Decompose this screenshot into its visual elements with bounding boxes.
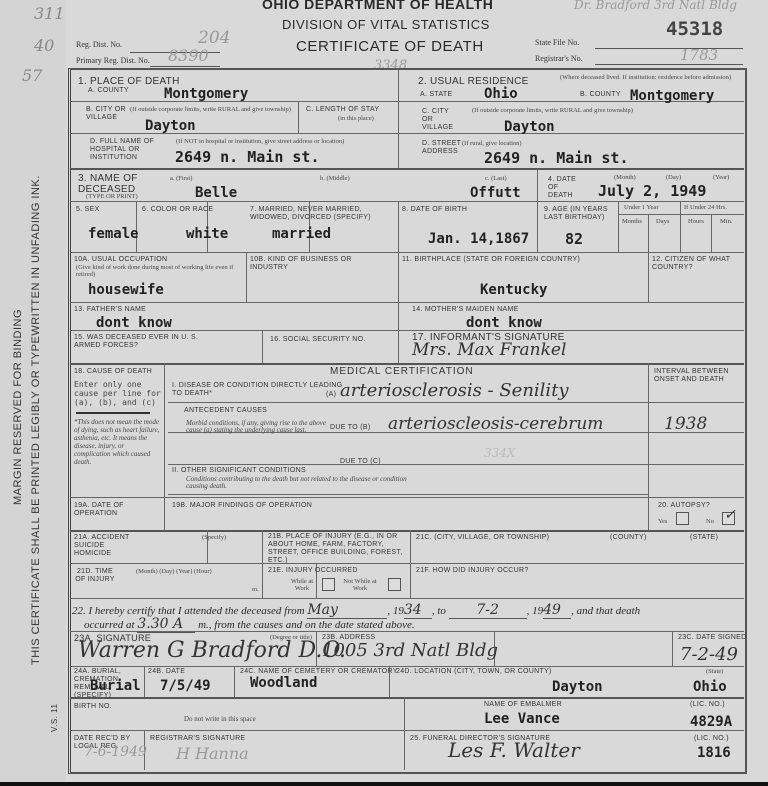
cert-text-d: , 19 — [527, 605, 544, 617]
occupation-note: (Give kind of work done during most of w… — [76, 264, 242, 278]
accident-specify: (Specify) — [202, 534, 226, 541]
month-label: (Month) — [614, 174, 636, 181]
how-injury-label: 21f. HOW DID INJURY OCCUR? — [416, 567, 529, 575]
state-file-label: State File No. — [535, 38, 579, 47]
injury-county-label: (COUNTY) — [610, 534, 647, 542]
primary-reg-label: Primary Reg. Dist. No. — [76, 56, 150, 65]
middle-name-label: b. (Middle) — [320, 175, 350, 182]
length-of-stay-label: c. LENGTH OF STAY — [306, 106, 379, 114]
do-not-write-note: Do not write in this space — [184, 716, 256, 723]
funeral-director-signature[interactable]: Les F. Walter — [448, 738, 580, 762]
race-label: 6. COLOR OR RACE — [142, 206, 213, 214]
name-of-deceased-label: 3. NAME OF DECEASED — [78, 173, 158, 195]
physician-signature[interactable]: Warren G Bradford D.O. — [78, 638, 346, 663]
check-mark-icon: ✓ — [724, 507, 736, 523]
embalmer-lic-value[interactable]: 4829A — [690, 714, 732, 730]
months-label: Months — [622, 218, 642, 225]
residence-city-label: c. CITY OR VILLAGE — [422, 108, 462, 132]
autopsy-no-label: No — [706, 518, 714, 525]
burial-date-value[interactable]: 7/5/49 — [160, 678, 211, 694]
embalmer-lic-label: (LIC. NO.) — [690, 701, 725, 709]
certificate-title: CERTIFICATE OF DEATH — [296, 38, 484, 55]
residence-county-value[interactable]: Montgomery — [630, 88, 714, 104]
length-of-stay-note: (in this place) — [338, 115, 374, 122]
cert-text-e: , and that death — [571, 605, 640, 617]
under-24-hrs-label: If Under 24 Hrs. — [684, 204, 727, 211]
primary-reg-line — [150, 66, 220, 67]
sex-value[interactable]: female — [88, 226, 139, 242]
year-label: (Year) — [713, 174, 729, 181]
embalmer-value[interactable]: Lee Vance — [484, 711, 560, 727]
interval-label: INTERVAL BETWEEN ONSET AND DEATH — [654, 368, 742, 384]
antecedent-label: ANTECEDENT CAUSES — [184, 407, 267, 415]
part1-label: I. DISEASE OR CONDITION DIRECTLY LEADING… — [172, 382, 352, 398]
occupation-value[interactable]: housewife — [88, 282, 164, 298]
age-value[interactable]: 82 — [565, 230, 583, 248]
operation-findings-label: 19b. MAJOR FINDINGS OF OPERATION — [172, 502, 312, 510]
hospital-note: (If NOT in hospital or institution, give… — [176, 138, 394, 145]
cause-instruction: Enter only one cause per line for (a), (… — [74, 380, 162, 407]
occupation-label: 10a. USUAL OCCUPATION — [74, 256, 167, 264]
min-label: Min. — [720, 218, 732, 225]
father-value[interactable]: dont know — [96, 315, 172, 331]
registrar-line — [595, 64, 743, 65]
residence-county-label: b. COUNTY — [580, 91, 621, 99]
father-label: 13. FATHER'S NAME — [74, 306, 146, 314]
burial-type-value[interactable]: Burial — [90, 678, 141, 694]
cert-text-c: , to — [432, 605, 446, 617]
injury-state-label: (STATE) — [690, 534, 718, 542]
date-signed-value[interactable]: 7-2-49 — [680, 644, 738, 665]
injury-city-label: 21c. (CITY, VILLAGE, OR TOWNSHIP) — [416, 534, 549, 542]
faint-stamp: 334X — [484, 446, 515, 460]
morbid-note: Morbid conditions, if any, giving rise t… — [186, 420, 326, 434]
cause-b-interval[interactable]: 1938 — [664, 414, 707, 434]
death-certificate: 311 40 57 MARGIN RESERVED FOR BINDING TH… — [0, 0, 768, 782]
accident-label: 21a. ACCIDENT SUICIDE HOMICIDE — [74, 534, 134, 558]
autopsy-label: 20. AUTOPSY? — [658, 502, 710, 510]
binding-margin: 311 40 57 MARGIN RESERVED FOR BINDING TH… — [0, 0, 66, 782]
residence-street-label: d. STREET ADDRESS — [422, 140, 462, 156]
cause-of-death-label: 18. CAUSE OF DEATH — [74, 368, 152, 376]
autopsy-yes-checkbox[interactable] — [676, 512, 689, 525]
autopsy-no-checkbox[interactable]: ✓ — [722, 512, 735, 525]
sex-label: 5. SEX — [76, 206, 100, 214]
medical-certification-heading: MEDICAL CERTIFICATION — [330, 366, 474, 377]
death-time-value[interactable]: 3.30 A — [137, 616, 195, 633]
residence-city-value[interactable]: Dayton — [504, 119, 555, 135]
certification-line-2: occurred at 3.30 A m., from the causes a… — [84, 616, 415, 633]
residence-city-note: (If outside corporate limits, write RURA… — [472, 107, 732, 114]
marital-label: 7. MARRIED, NEVER MARRIED, WIDOWED, DIVO… — [250, 206, 390, 222]
first-name-value[interactable]: Belle — [195, 185, 237, 201]
cause-b-value[interactable]: arterioscleosis-cerebrum — [388, 414, 603, 434]
not-while-at-work-label: Not While at Work — [338, 578, 382, 592]
date-of-birth-label: 8. DATE OF BIRTH — [402, 206, 467, 214]
time-of-injury-label: 21d. TIME OF INJURY — [74, 568, 116, 584]
primary-reg-value: 8390 — [168, 46, 209, 65]
residence-note: (Where deceased lived. If institution: r… — [560, 74, 740, 81]
age-label: 9. AGE (In years last birthday) — [544, 206, 616, 222]
burial-date-label: 24b. DATE — [148, 668, 185, 676]
under-1-year-label: Under 1 Year — [624, 204, 658, 211]
business-label: 10b. KIND OF BUSINESS OR INDUSTRY — [250, 256, 390, 272]
margin-note-1: 311 — [34, 4, 65, 23]
last-name-label: c. (Last) — [485, 175, 507, 182]
birth-no-label: BIRTH NO. — [74, 703, 112, 711]
part2-label: II. OTHER SIGNIFICANT CONDITIONS — [172, 467, 306, 475]
attended-to-value[interactable]: 7-2 — [449, 602, 527, 619]
days-label: Days — [656, 218, 669, 225]
date-of-death-label: 4. DATE OF DEATH — [548, 176, 578, 200]
while-at-work-checkbox[interactable] — [322, 578, 335, 591]
registrar-signature-label: REGISTRAR'S SIGNATURE — [150, 735, 245, 743]
a-prefix: (a) — [326, 391, 336, 399]
ssn-label: 16. SOCIAL SECURITY NO. — [270, 336, 366, 344]
armed-forces-label: 15. WAS DECEASED EVER IN U. S. ARMED FOR… — [74, 334, 204, 350]
citizen-label: 12. CITIZEN OF WHAT COUNTRY? — [652, 256, 742, 272]
birthplace-label: 11. BIRTHPLACE (State or foreign country… — [402, 256, 580, 264]
last-name-value[interactable]: Offutt — [470, 185, 521, 201]
margin-instruction-text: THIS CERTIFICATE SHALL BE PRINTED LEGIBL… — [30, 175, 42, 665]
cert-text-f: occurred at — [84, 619, 135, 631]
scan-edge — [0, 782, 768, 786]
state-file-line — [595, 48, 743, 49]
cause-footnote: *This does not mean the mode of dying, s… — [74, 418, 162, 466]
reg-dist-value: 204 — [198, 28, 230, 48]
margin-note-3: 57 — [22, 66, 42, 85]
registrar-label: Registrar's No. — [535, 54, 583, 63]
part2-note: Conditions contributing to the death but… — [186, 476, 426, 490]
cemetery-value[interactable]: Woodland — [250, 675, 317, 691]
reg-dist-label: Reg. Dist. No. — [76, 40, 122, 49]
residence-street-value[interactable]: 2649 n. Main st. — [484, 149, 629, 167]
day-label: (Day) — [666, 174, 681, 181]
margin-note-2: 40 — [34, 36, 54, 55]
attended-to-year[interactable]: 49 — [543, 602, 571, 619]
death-city-value[interactable]: Dayton — [145, 118, 196, 134]
date-of-birth-value[interactable]: Jan. 14,1867 — [428, 231, 529, 247]
while-at-work-label: While at Work — [284, 578, 320, 592]
registrar-signature-value[interactable]: H Hanna — [176, 744, 249, 763]
burial-state-label: (State) — [706, 668, 723, 675]
hospital-value[interactable]: 2649 n. Main st. — [175, 148, 320, 166]
first-name-label: a. (First) — [170, 175, 192, 182]
funeral-lic-value[interactable]: 1816 — [697, 745, 731, 761]
department-title: OHIO DEPARTMENT OF HEALTH — [262, 0, 493, 12]
death-city-note: (If outside corporate limits, write RURA… — [130, 106, 295, 113]
marital-value[interactable]: married — [272, 226, 331, 242]
race-value[interactable]: white — [186, 226, 228, 242]
hours-label: Hours — [688, 218, 704, 225]
state-file-value: 45318 — [666, 18, 723, 40]
residence-state-value[interactable]: Ohio — [484, 86, 518, 102]
autopsy-yes-label: Yes — [658, 518, 667, 525]
registrar-value: 1783 — [680, 46, 718, 64]
operation-date-label: 19a. DATE OF OPERATION — [74, 502, 154, 518]
death-county-value[interactable]: Montgomery — [164, 86, 248, 102]
burial-city-value[interactable]: Dayton — [552, 679, 603, 695]
time-m-label: m. — [252, 586, 259, 593]
name-type-note: (TYPE OR PRINT) — [86, 193, 138, 200]
margin-reserved-text: MARGIN RESERVED FOR BINDING — [12, 309, 24, 505]
due-to-b-label: DUE TO (b) — [330, 424, 370, 432]
residence-street-note: (If rural, give location) — [462, 140, 522, 147]
place-of-injury-label: 21b. PLACE OF INJURY (e.g., in or about … — [268, 533, 406, 565]
date-of-death-value[interactable]: July 2, 1949 — [598, 182, 706, 200]
cert-text-g: m., from the causes and on the date stat… — [198, 619, 415, 631]
date-signed-label: 23c. DATE SIGNED — [678, 634, 746, 642]
date-received-value[interactable]: 7-6-1949 — [84, 744, 147, 760]
death-county-label: a. COUNTY — [88, 87, 129, 95]
burial-state-value[interactable]: Ohio — [693, 679, 727, 695]
physician-address[interactable]: 1005 3rd Natl Bldg — [322, 640, 498, 661]
burial-location-label: 24d. LOCATION (City, town, or county) — [396, 668, 552, 676]
hospital-label: d. FULL NAME OF HOSPITAL OR INSTITUTION — [90, 138, 160, 162]
residence-state-label: a. STATE — [420, 91, 452, 99]
top-annotation: Dr. Bradford 3rd Natl Bldg — [574, 0, 737, 12]
form-number: V.S. 11 — [50, 704, 59, 732]
mother-value[interactable]: dont know — [466, 315, 542, 331]
due-to-c-label: DUE TO (c) — [340, 458, 381, 466]
time-columns-label: (Month) (Day) (Year) (Hour) — [136, 568, 260, 575]
birthplace-value[interactable]: Kentucky — [480, 282, 547, 298]
funeral-lic-label: (LIC. NO.) — [694, 735, 729, 743]
cause-a-value[interactable]: arteriosclerosis - Senility — [340, 380, 569, 401]
informant-signature[interactable]: Mrs. Max Frankel — [412, 340, 566, 360]
not-while-at-work-checkbox[interactable] — [388, 578, 401, 591]
embalmer-label: NAME OF EMBALMER — [484, 701, 562, 709]
mother-label: 14. MOTHER'S MAIDEN NAME — [412, 306, 519, 314]
injury-occurred-label: 21e. INJURY OCCURRED — [268, 567, 358, 575]
death-city-label: b. CITY OR VILLAGE — [86, 106, 136, 122]
division-title: DIVISION OF VITAL STATISTICS — [282, 17, 490, 32]
